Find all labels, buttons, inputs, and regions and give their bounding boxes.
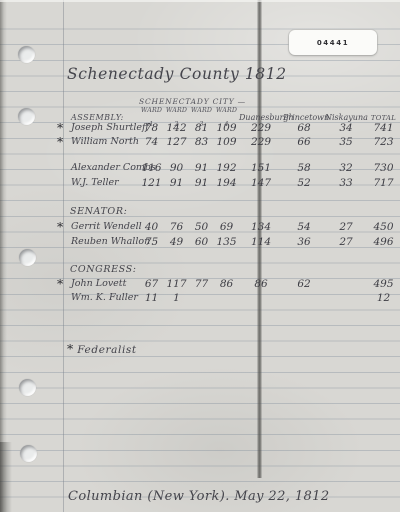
vote-cell: 86	[214, 277, 239, 291]
vote-cell: 142	[164, 121, 189, 135]
ruled-lines	[0, 14, 400, 512]
footnote-star: *	[67, 341, 73, 356]
vote-cell: 66	[283, 135, 325, 149]
vote-cell: 86	[239, 277, 283, 291]
vote-cell: 121	[139, 176, 164, 190]
vote-cell: 135	[214, 235, 239, 249]
vote-cell: 91	[189, 161, 214, 175]
candidate-name: Gerrit Wendell	[71, 220, 139, 234]
scanned-ledger-page: 04441 Schenectady County 1812 SCHENECTAD…	[0, 0, 400, 512]
vote-cell: 49	[164, 235, 189, 249]
vote-cell: 114	[239, 235, 283, 249]
federalist-star: *	[55, 277, 71, 291]
federalist-star: *	[55, 121, 71, 135]
federalist-star: *	[55, 135, 71, 149]
vote-cell: 109	[214, 135, 239, 149]
punch-hole	[19, 249, 36, 266]
federalist-star: *	[55, 220, 71, 234]
page-title: Schenectady County 1812	[67, 64, 287, 84]
vote-cell: 81	[189, 121, 214, 135]
vote-cell: 74	[139, 135, 164, 149]
vote-total-cell: 450	[367, 220, 400, 234]
table-row: * Joseph Shurtleff 78 142 81 109 229 68 …	[55, 121, 400, 135]
vote-cell: 62	[283, 277, 325, 291]
vote-cell: 147	[239, 176, 283, 190]
vote-cell: 35	[325, 135, 367, 149]
vote-cell: 91	[164, 176, 189, 190]
footnote: *Federalist	[67, 341, 137, 355]
punch-hole	[18, 46, 35, 63]
catalog-sticker: 04441	[289, 30, 377, 55]
vote-cell: 1	[164, 291, 189, 305]
candidate-name: Reuben Whallon	[71, 235, 139, 249]
vote-cell: 194	[214, 176, 239, 190]
vote-cell: 109	[214, 121, 239, 135]
office-label-congress: CONGRESS:	[70, 263, 137, 277]
vote-cell: 27	[325, 235, 367, 249]
vote-cell: 90	[164, 161, 189, 175]
vote-cell: 77	[189, 277, 214, 291]
vote-cell: 117	[164, 277, 189, 291]
vote-cell: 32	[325, 161, 367, 175]
vote-cell: 50	[189, 220, 214, 234]
vote-total-cell: 12	[367, 291, 400, 305]
vote-cell: 33	[325, 176, 367, 190]
vote-cell: 116	[139, 161, 164, 175]
catalog-number: 04441	[317, 39, 349, 47]
candidate-name: Wm. K. Fuller	[71, 291, 139, 305]
punch-hole	[19, 379, 36, 396]
office-label-senator: SENATOR:	[70, 205, 127, 219]
vote-cell: 67	[139, 277, 164, 291]
vote-cell: 83	[189, 135, 214, 149]
candidate-name: Alexander Combs	[71, 161, 139, 175]
candidate-name: W.J. Teller	[71, 176, 139, 190]
vote-cell: 229	[239, 121, 283, 135]
candidate-name: Joseph Shurtleff	[71, 121, 139, 135]
vote-cell: 76	[164, 220, 189, 234]
vote-cell: 75	[139, 235, 164, 249]
vote-cell: 134	[239, 220, 283, 234]
vote-cell: 52	[283, 176, 325, 190]
vote-cell: 78	[139, 121, 164, 135]
vote-total-cell: 495	[367, 277, 400, 291]
vote-cell: 27	[325, 220, 367, 234]
table-row: W.J. Teller 121 91 91 194 147 52 33 717	[55, 176, 400, 190]
vote-total-cell: 741	[367, 121, 400, 135]
vote-cell: 60	[189, 235, 214, 249]
vote-total-cell: 717	[367, 176, 400, 190]
vote-cell: 192	[214, 161, 239, 175]
scan-edge-shadow	[0, 0, 7, 512]
vote-total-cell: 730	[367, 161, 400, 175]
candidate-name: William North	[71, 135, 139, 149]
table-row: Wm. K. Fuller 11 1 12	[55, 291, 400, 305]
table-row: Alexander Combs 116 90 91 192 151 58 32 …	[55, 161, 400, 175]
vote-cell: 54	[283, 220, 325, 234]
vote-cell: 68	[283, 121, 325, 135]
punch-hole	[20, 445, 37, 462]
table-row: * William North 74 127 83 109 229 66 35 …	[55, 135, 400, 149]
vote-cell: 40	[139, 220, 164, 234]
vote-cell: 36	[283, 235, 325, 249]
corner-smudge	[0, 442, 12, 512]
vote-cell: 69	[214, 220, 239, 234]
footnote-text: Federalist	[77, 344, 136, 356]
margin-line	[63, 0, 64, 512]
vote-cell: 91	[189, 176, 214, 190]
vote-cell: 151	[239, 161, 283, 175]
vote-cell: 127	[164, 135, 189, 149]
vote-cell: 229	[239, 135, 283, 149]
candidate-name: John Lovett	[71, 277, 139, 291]
table-header-row: ASSEMBLY: WARD 1 WARD 2 WARD 3 WARD 4 Du…	[55, 104, 400, 118]
source-citation: Columbian (New York). May 22, 1812	[68, 489, 330, 505]
top-edge-highlight	[0, 0, 400, 2]
table-row: * John Lovett 67 117 77 86 86 62 495	[55, 277, 400, 291]
vote-cell: 58	[283, 161, 325, 175]
vote-total-cell: 496	[367, 235, 400, 249]
table-row: Reuben Whallon 75 49 60 135 114 36 27 49…	[55, 235, 400, 249]
vote-cell: 11	[139, 291, 164, 305]
table-row: * Gerrit Wendell 40 76 50 69 134 54 27 4…	[55, 220, 400, 234]
punch-hole	[18, 108, 35, 125]
vote-cell: 34	[325, 121, 367, 135]
vote-total-cell: 723	[367, 135, 400, 149]
